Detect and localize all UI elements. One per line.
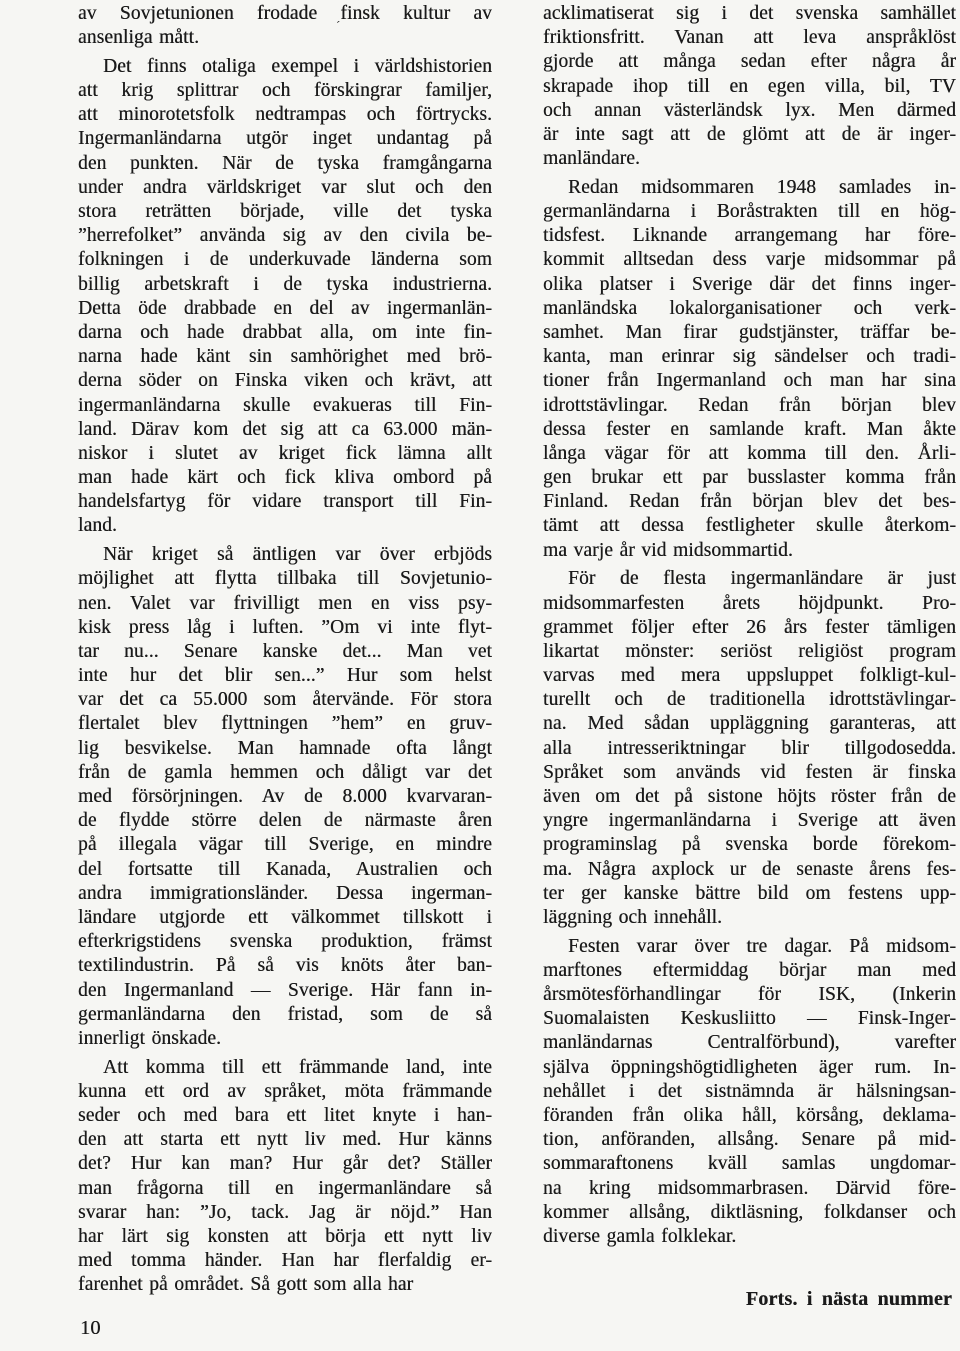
text-line: niskor i slutet av kriget fick lämna all…: [78, 442, 492, 466]
text-line: tion, anföranden, allsång. Senare på mid…: [543, 1128, 956, 1152]
text-line: handelsfartyg för vidare transport till …: [78, 490, 492, 514]
text-line: Festen varar över tre dagar. På midsom-: [543, 935, 956, 959]
text-line: den Ingermanland — Sverige. Här fann in-: [78, 979, 492, 1003]
text-line: na kring midsommarbrasen. Därvid före-: [543, 1177, 956, 1201]
text-line: av Sovjetunionen frodade finsk kultur av: [78, 2, 492, 26]
continued-next-issue-note: Forts. i nästa nummer: [543, 1287, 956, 1311]
text-line: och annan västerländsk lyx. Men därmed: [543, 99, 956, 123]
text-line: den att starta ett nytt liv med. Hur kän…: [78, 1128, 492, 1152]
text-line: seder och med bara ett litet knyte i han…: [78, 1104, 492, 1128]
text-line: narna hade känt sin samhörighet med brö-: [78, 345, 492, 369]
text-line: dessa fester en samlande kraft. Man åkte: [543, 418, 956, 442]
text-line: kunna ett ord av språket, möta främmande: [78, 1080, 492, 1104]
text-line: manländare.: [543, 147, 956, 171]
text-line: likartat mönster: seriöst religiöst prog…: [543, 640, 956, 664]
text-line: långa vägar för att komma till den. Årli…: [543, 442, 956, 466]
text-line: gen brukar ett par busslaster komma från: [543, 466, 956, 490]
text-line: tioner från Ingermanland och man har sin…: [543, 369, 956, 393]
text-line: sommaraftonens kväll samlas ungdomar-: [543, 1152, 956, 1176]
text-line: ma. Några axplock ur de senaste årens fe…: [543, 858, 956, 882]
paragraph: Festen varar över tre dagar. På midsom-m…: [543, 935, 956, 1249]
text-line: alla intresseriktningar blir tillgodosed…: [543, 737, 956, 761]
text-line: inte hur det blir sen...” Hur som helst: [78, 664, 492, 688]
text-line: tidsfest. Liknande arrangemang har före-: [543, 224, 956, 248]
text-line: För de flesta ingermanländare är just: [543, 567, 956, 591]
text-line: midsommarfesten årets höjdpunkt. Pro-: [543, 592, 956, 616]
text-line: gjorde att många sedan efter några år: [543, 50, 956, 74]
text-line: det? Hur kan man? Hur går det? Ställer: [78, 1152, 492, 1176]
text-line: När kriget så äntligen var över erbjöds: [78, 543, 492, 567]
text-line: Redan midsommaren 1948 samlades in-: [543, 176, 956, 200]
text-line: del fortsatte till Kanada, Australien oc…: [78, 858, 492, 882]
text-line: att krig splittrar och förskingrar famil…: [78, 79, 492, 103]
page-number: 10: [80, 1316, 101, 1340]
text-line: föranden från olika håll, körsång, dekla…: [543, 1104, 956, 1128]
text-line: kommit alltsedan dess varje midsommar på: [543, 248, 956, 272]
paragraph: Det finns otaliga exempel i världshistor…: [78, 55, 492, 539]
text-line: derna söder on Finska viken och krävt, a…: [78, 369, 492, 393]
text-line: att minorotetsfolk nedtrampas och förtry…: [78, 103, 492, 127]
text-line: kisk press låg i luften. ”Om vi inte fly…: [78, 616, 492, 640]
text-line: andra immigrationsländer. Dessa ingerman…: [78, 882, 492, 906]
text-line: med försörjningen. Av de 8.000 kvarvaran…: [78, 785, 492, 809]
text-line: Finland. Redan från början blev det bes-: [543, 490, 956, 514]
text-line: ingermanländarna skulle evakueras till F…: [78, 394, 492, 418]
text-line: själva öppningshögtidligheten äger rum. …: [543, 1056, 956, 1080]
text-line: Detta öde drabbade en del av ingermanlän…: [78, 297, 492, 321]
text-line: kommer allsång, diktläsning, folkdanser …: [543, 1201, 956, 1225]
text-line: ansenliga mått.: [78, 26, 492, 50]
text-line: årsmötesförhandlingar för ISK, (Inkerin: [543, 983, 956, 1007]
text-line: yngre ingermanländarna i Sverige att äve…: [543, 809, 956, 833]
text-line: har lärt sig konsten att börja ett nytt …: [78, 1225, 492, 1249]
text-line: idrottstävlingar. Redan från början blev: [543, 394, 956, 418]
text-line: stora reträtten började, ville det tyska: [78, 200, 492, 224]
text-line: med tomma händer. Han har flerfaldig er-: [78, 1249, 492, 1273]
text-line: textilindustrin. På så vis knöts åter ba…: [78, 954, 492, 978]
text-line: på illegala vägar till Sverige, en mindr…: [78, 833, 492, 857]
text-line: nen. Valet var frivilligt men en viss ps…: [78, 592, 492, 616]
text-line: är inte sagt att de glömt att de är inge…: [543, 123, 956, 147]
text-line: även om det på sistone höjts röster från…: [543, 785, 956, 809]
text-line: acklimatiserat sig i det svenska samhäll…: [543, 2, 956, 26]
text-line: svarar han: ”Jo, tack. Jag är nöjd.” Han: [78, 1201, 492, 1225]
text-line: ”herrefolket” använda sig av den civila …: [78, 224, 492, 248]
text-column-right: acklimatiserat sig i det svenska samhäll…: [543, 2, 956, 1311]
text-line: Suomalaisten Keskusliitto — Finsk-Inger-: [543, 1007, 956, 1031]
scanned-document-page: ´ av Sovjetunionen frodade finsk kultur …: [0, 0, 960, 1351]
text-line: ter ger kanske bättre bild om festens up…: [543, 882, 956, 906]
text-line: tar nu... Senare kanske det... Man vet: [78, 640, 492, 664]
text-line: land.: [78, 514, 492, 538]
text-line: samhet. Man firar gudstjänster, träffar …: [543, 321, 956, 345]
text-line: flertalet blev flyttningen ”hem” en gruv…: [78, 712, 492, 736]
text-line: olika platser i Sverige där det finns in…: [543, 273, 956, 297]
text-line: ma varje år vid midsommartid.: [543, 539, 956, 563]
paragraph: acklimatiserat sig i det svenska samhäll…: [543, 2, 956, 171]
text-line: farenhet på området. Så gott som alla ha…: [78, 1273, 492, 1297]
text-line: ländare utgjorde ett välkommet tillskott…: [78, 906, 492, 930]
text-line: läggning och innehåll.: [543, 906, 956, 930]
text-line: de flydde större delen de närmaste åren: [78, 809, 492, 833]
text-line: billig arbetskraft i de tyska industrier…: [78, 273, 492, 297]
text-line: lig besvikelse. Man hamnade ofta långt: [78, 737, 492, 761]
text-line: tämt att dessa festligheter skulle återk…: [543, 514, 956, 538]
text-line: under andra världskriget var slut och de…: [78, 176, 492, 200]
text-line: nehållet i det sistnämnda är hälsningsan…: [543, 1080, 956, 1104]
text-line: efterkrigstidens svenska produktion, frä…: [78, 930, 492, 954]
text-line: var det ca 55.000 som återvände. För sto…: [78, 688, 492, 712]
text-line: germanländarna den fristad, som de så: [78, 1003, 492, 1027]
text-line: friktionsfritt. Vanan att leva anspråklö…: [543, 26, 956, 50]
text-line: manländska lokalorganisationer och verk-: [543, 297, 956, 321]
text-line: man hade kärt och fick kliva ombord på: [78, 466, 492, 490]
text-line: turellt och de traditionella idrottstävl…: [543, 688, 956, 712]
text-line: germanländarna i Boråstrakten till en hö…: [543, 200, 956, 224]
paragraph: av Sovjetunionen frodade finsk kultur av…: [78, 2, 492, 50]
text-line: Språket som används vid festen är finska: [543, 761, 956, 785]
paragraph: För de flesta ingermanländare är justmid…: [543, 567, 956, 930]
text-line: na. Med sådan uppläggning garanteras, at…: [543, 712, 956, 736]
text-line: skrapade ihop till en egen villa, bil, T…: [543, 75, 956, 99]
text-line: marftones eftermiddag börjar man med: [543, 959, 956, 983]
paragraph: När kriget så äntligen var över erbjödsm…: [78, 543, 492, 1051]
paragraph: Att komma till ett främmande land, intek…: [78, 1056, 492, 1298]
text-line: varvas med mera uppsluppet folkligt-kul-: [543, 664, 956, 688]
text-line: programinslag på svenska borde förekom-: [543, 833, 956, 857]
text-line: land. Därav kom det sig att ca 63.000 mä…: [78, 418, 492, 442]
text-line: den punkten. När de tyska framgångarna: [78, 152, 492, 176]
text-line: kanta, man erinrar sig sändelser och tra…: [543, 345, 956, 369]
text-line: folkningen i de underkuvade länderna som: [78, 248, 492, 272]
text-line: diverse gamla folklekar.: [543, 1225, 956, 1249]
text-line: från de gamla hemmen och dåligt var det: [78, 761, 492, 785]
text-line: innerligt önskade.: [78, 1027, 492, 1051]
paragraph: Redan midsommaren 1948 samlades in-germa…: [543, 176, 956, 563]
text-line: Att komma till ett främmande land, inte: [78, 1056, 492, 1080]
text-line: grammet följer efter 26 års fester tämli…: [543, 616, 956, 640]
text-column-left: av Sovjetunionen frodade finsk kultur av…: [78, 2, 492, 1297]
text-line: Ingermanländarna utgör inget undantag på: [78, 127, 492, 151]
text-line: möjlighet att flytta tillbaka till Sovje…: [78, 567, 492, 591]
text-line: darna och hade drabbat alla, om inte fin…: [78, 321, 492, 345]
text-line: Det finns otaliga exempel i världshistor…: [78, 55, 492, 79]
text-line: man frågorna till en ingermanländare så: [78, 1177, 492, 1201]
text-line: manländarnas Centralförbund), varefter: [543, 1031, 956, 1055]
